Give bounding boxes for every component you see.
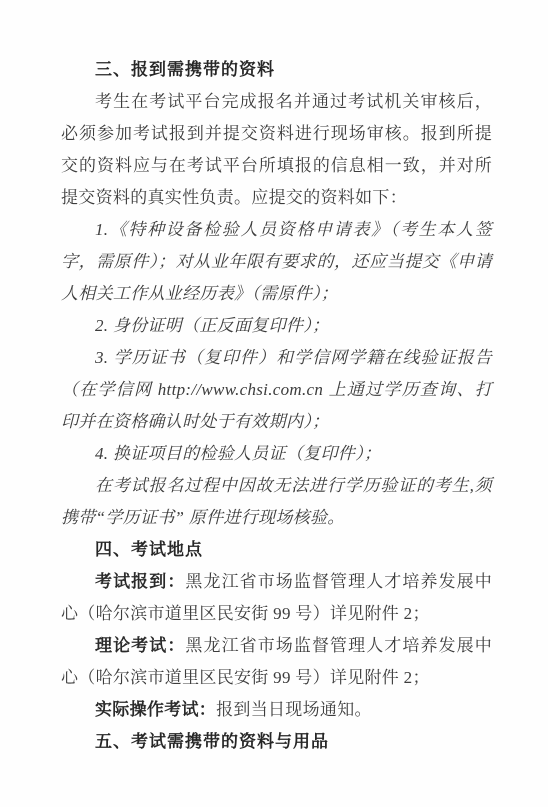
section5-heading: 五、考试需携带的资料与用品 (61, 726, 492, 758)
section3-heading: 三、报到需携带的资料 (61, 54, 492, 86)
section4-theory-line: 理论考试：黑龙江省市场监督管理人才培养发展中心（哈尔滨市道里区民安街 99 号）… (61, 630, 492, 694)
section4-practical-line: 实际操作考试：报到当日现场通知。 (61, 694, 492, 726)
section4-checkin-line: 考试报到：黑龙江省市场监督管理人才培养发展中心（哈尔滨市道里区民安街 99 号）… (61, 566, 492, 630)
section3-item-1: 1.《特种设备检验人员资格申请表》（考生本人签字，需原件）；对从业年限有要求的，… (61, 214, 492, 310)
section3-note-paragraph: 在考试报名过程中因故无法进行学历验证的考生,须携带“学历证书” 原件进行现场核验… (61, 470, 492, 534)
practical-exam-label: 实际操作考试： (95, 700, 216, 719)
theory-exam-label: 理论考试： (95, 636, 185, 655)
checkin-label: 考试报到： (95, 572, 185, 591)
document-body: 三、报到需携带的资料 考生在考试平台完成报名并通过考试机关审核后，必须参加考试报… (61, 54, 492, 758)
practical-exam-text: 报到当日现场通知。 (216, 700, 372, 719)
section3-item-4: 4. 换证项目的检验人员证（复印件）； (61, 438, 492, 470)
section3-item-3: 3. 学历证书（复印件）和学信网学籍在线验证报告（在学信网 http://www… (61, 342, 492, 438)
section4-heading: 四、考试地点 (61, 534, 492, 566)
section3-intro-paragraph: 考生在考试平台完成报名并通过考试机关审核后，必须参加考试报到并提交资料进行现场审… (61, 86, 492, 214)
document-page: 三、报到需携带的资料 考生在考试平台完成报名并通过考试机关审核后，必须参加考试报… (0, 0, 548, 807)
section3-item-2: 2. 身份证明（正反面复印件）； (61, 310, 492, 342)
